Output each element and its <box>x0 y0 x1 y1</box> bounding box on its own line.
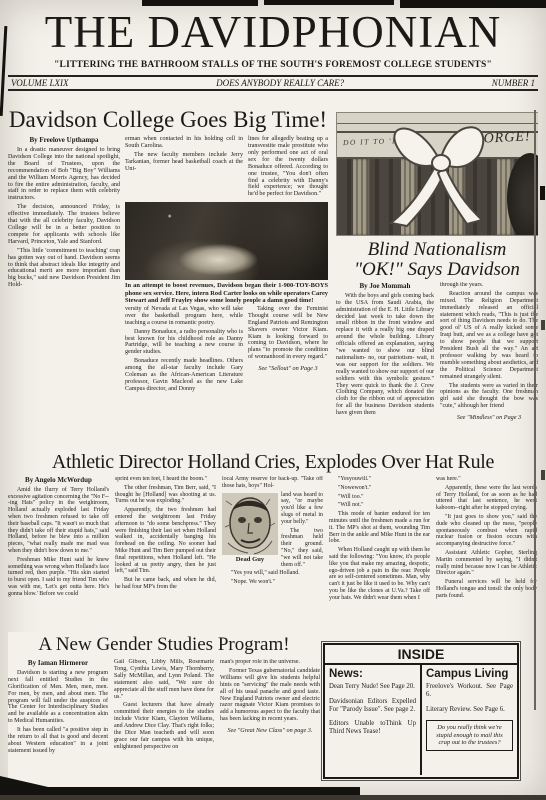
hat-rule-col5: was here." Apparently, these were the la… <box>436 476 537 644</box>
inside-news-column: News: Dean Terry Nude! See Page 20. Davi… <box>325 665 420 775</box>
hat-rule-col4: "Yesyouwill." "Nowewon't." "Will too." "… <box>329 476 430 644</box>
folio-line: VOLUME LXIX DOES ANYBODY REALLY CARE? NU… <box>8 75 538 91</box>
paragraph: was here." <box>436 476 537 483</box>
news-item: Dean Terry Nude! See Page 20. <box>329 683 416 691</box>
gender-studies-headline: A New Gender Studies Program! <box>8 634 320 656</box>
paragraph: This mode of banter endured for ten minu… <box>329 511 430 545</box>
paragraph: In a drastic maneuver designed to bring … <box>8 147 120 202</box>
paragraph: It has been called "a positive step in t… <box>8 727 108 755</box>
paragraph: "Nowewon't." <box>329 485 430 492</box>
scan-artifact <box>400 0 546 8</box>
scan-artifact <box>142 0 258 6</box>
scan-artifact <box>540 186 545 200</box>
great-new-class-jump-line: See "Great New Class" on page 3. <box>220 728 320 735</box>
big-time-col2-top: erman when contacted in his holding cell… <box>125 136 243 200</box>
paragraph: through the years. <box>440 282 538 289</box>
issue-number: NUMBER 1 <box>492 78 535 88</box>
scan-artifact <box>264 0 394 5</box>
big-time-byline: By Freelove Upthampa <box>8 137 120 144</box>
folio-question: DOES ANYBODY REALLY CARE? <box>216 78 344 88</box>
paragraph: "Will too." <box>329 494 430 501</box>
trustees-note: Do you really think we're stupid enough … <box>426 720 513 750</box>
news-header: News: <box>329 668 416 680</box>
big-time-col3-bottom: Taking over the Feminist Thought course … <box>248 306 328 395</box>
paragraph: The decision, announced Friday, is effec… <box>8 204 120 245</box>
big-time-col1: By Freelove Upthampa In a drastic maneuv… <box>8 136 120 395</box>
paragraph: lines for allegedly beating up a transve… <box>248 136 328 198</box>
dead-guy-label: Dead Guy <box>222 557 278 564</box>
paragraph: "Will not." <box>329 502 430 509</box>
paragraph: "Yes you will," said Holland. <box>222 570 323 577</box>
paragraph: The other freshman, Tim Berr, said, "I t… <box>115 485 216 505</box>
masthead: THE DAVIDPHONIAN "LITTERING THE BATHROOM… <box>8 8 538 91</box>
inside-title: INSIDE <box>325 645 517 665</box>
gender-byline: By Iaman Hirmeror <box>8 660 108 667</box>
paragraph: Bonaduce recently made headlines. Others… <box>125 358 243 393</box>
news-item: Editors Unable toThink Up Third News Tea… <box>329 720 416 736</box>
blind-col2: through the years. Reaction around the c… <box>440 282 538 434</box>
paragraph: Taking over the Feminist Thought course … <box>248 306 328 361</box>
inside-campus-column: Campus Living Freelove's Workout. See Pa… <box>420 665 517 775</box>
paragraph: When Holland caught up with them he said… <box>329 547 430 601</box>
headline-line2: "OK!" Says Davidson <box>336 260 538 280</box>
campus-living-header: Campus Living <box>426 668 513 680</box>
hat-rule-col3: local Army reserve for back-up. "Take of… <box>222 476 323 644</box>
big-time-col3-top: lines for allegedly beating up a transve… <box>248 136 328 200</box>
big-time-headline: Davidson College Goes Big Time! <box>8 108 328 132</box>
paragraph: Freshman Mike Hunt said he knew somethin… <box>8 557 109 598</box>
gender-col1: By Iaman Hirmeror Davidson is starting a… <box>8 659 108 791</box>
paragraph: man's proper role in the universe. <box>220 659 320 666</box>
paragraph: The new faculty members include Jerry Ta… <box>125 152 243 173</box>
paragraph: Guest lecturers that have already commit… <box>114 702 214 750</box>
paragraph: With the boys and girls coming back to t… <box>336 293 434 417</box>
paragraph: Apparently, the two freshmen had entered… <box>115 507 216 575</box>
paragraph: But he came back, and when he did, he ha… <box>115 577 216 591</box>
scan-artifact <box>0 795 546 800</box>
paragraph: "It just goes to show you," said the dud… <box>436 514 537 548</box>
paragraph: The students were as varied in their opi… <box>440 383 538 411</box>
paragraph: Gail Gibson, Libby Mills, Rosemarie Tong… <box>114 659 214 700</box>
hat-rule-col1: By Angelo McWordup Amid the flurry of Te… <box>8 476 109 644</box>
blind-col1: By Joe Mommah With the boys and girls co… <box>336 282 434 434</box>
article-hat-rule: Athletic Director Holland Cries, Explode… <box>8 452 538 644</box>
scan-artifact <box>534 110 536 710</box>
phone-sex-photo-figure: In an attempt to boost revenues, Davidso… <box>125 202 328 304</box>
paragraph: sprint even ten feet, I heard the boom." <box>115 476 216 483</box>
big-time-col2-bottom: versity of Nevada at Las Vegas, who will… <box>125 306 243 395</box>
paragraph: Danny Bonaduce, a radio personality who … <box>125 329 243 357</box>
paragraph: "Nope. We won't." <box>222 579 323 586</box>
mindless-jump-line: See "Mindless" on Page 3 <box>440 415 538 422</box>
paper-tagline: "LITTERING THE BATHROOM STALLS OF THE SO… <box>8 60 538 70</box>
campus-item: Freelove's Workout. See Page 6. <box>426 683 513 699</box>
library-ribbon-photo: DO IT TO 'EM GEORGE! <box>336 112 538 236</box>
volume-label: VOLUME LXIX <box>11 78 68 88</box>
ribbon-bow-illustration <box>365 112 515 233</box>
paragraph: erman when contacted in his holding cell… <box>125 136 243 150</box>
dead-guy-figure: Dead Guy <box>222 493 278 565</box>
paper-title: THE DAVIDPHONIAN <box>8 8 538 58</box>
headline-line1: Blind Nationalism <box>336 240 538 260</box>
dead-guy-photo <box>222 493 278 555</box>
paragraph: Davidson is starting a new program next … <box>8 670 108 725</box>
paragraph: Former Texas gubernatorial candidate Wil… <box>220 668 320 723</box>
newspaper-page: THE DAVIDPHONIAN "LITTERING THE BATHROOM… <box>0 0 546 800</box>
hat-rule-byline: By Angelo McWordup <box>8 477 109 484</box>
phone-sex-photo <box>125 202 328 280</box>
hat-rule-headline: Athletic Director Holland Cries, Explode… <box>8 452 538 473</box>
inside-box: INSIDE News: Dean Terry Nude! See Page 2… <box>323 643 519 779</box>
blind-nationalism-headline: Blind Nationalism "OK!" Says Davidson <box>336 240 538 280</box>
gender-col3: man's proper role in the universe. Forme… <box>220 659 320 791</box>
news-item: Davidsonian Editors Expelled For "Parody… <box>329 698 416 714</box>
scan-artifact <box>541 470 545 480</box>
paragraph: Assistant Athletic Gopher, Sterling Mart… <box>436 550 537 577</box>
article-blind-nationalism: DO IT TO 'EM GEORGE! Blind Nationalism "… <box>336 112 538 452</box>
article-big-time: Davidson College Goes Big Time! By Freel… <box>8 108 328 456</box>
paragraph: versity of Nevada at Las Vegas, who will… <box>125 306 243 327</box>
sellout-jump-line: See "Sellout" on Page 3 <box>248 366 328 373</box>
paragraph: Funeral services will be held for Hollan… <box>436 579 537 599</box>
article-gender-studies: A New Gender Studies Program! By Iaman H… <box>8 632 320 794</box>
scan-artifact <box>541 320 545 330</box>
paragraph: Apparently, these were the last words of… <box>436 485 537 512</box>
hat-rule-col2: sprint even ten feet, I heard the boom."… <box>115 476 216 644</box>
paragraph: "Yesyouwill." <box>329 476 430 483</box>
paragraph: Reaction around the campus was mixed. Th… <box>440 291 538 381</box>
paragraph: local Army reserve for back-up. "Take of… <box>222 476 323 490</box>
phone-sex-photo-caption: In an attempt to boost revenues, Davidso… <box>125 282 328 304</box>
scan-artifact <box>0 26 7 116</box>
paragraph: "This little 'commitment to teaching' cr… <box>8 248 120 289</box>
gender-col2: Gail Gibson, Libby Mills, Rosemarie Tong… <box>114 659 214 791</box>
campus-item: Literary Review. See Page 6. <box>426 706 513 714</box>
blind-byline: By Joe Mommah <box>336 283 434 290</box>
paragraph: Amid the flurry of Terry Holland's exces… <box>8 487 109 555</box>
